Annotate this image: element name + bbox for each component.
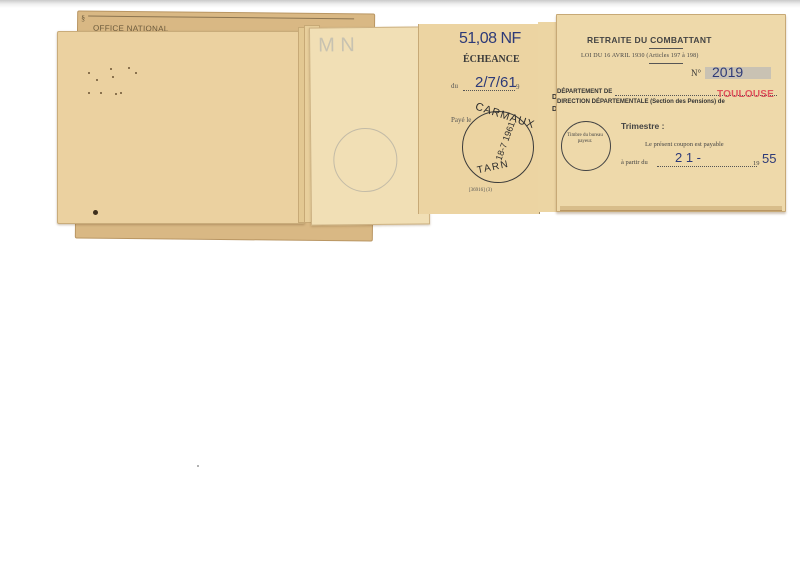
corner-ornament-icon: § [81, 13, 85, 22]
perforation-dot [110, 68, 112, 70]
scanner-edge-shadow [0, 0, 800, 8]
cover-border-rule [88, 16, 354, 20]
coupon-title: RETRAITE DU COMBATTANT [587, 35, 712, 45]
du-label: du [451, 82, 458, 90]
perforation-dot [100, 92, 102, 94]
binding-hole [93, 210, 98, 215]
handwritten-due-date: 2/7/61 [475, 74, 517, 91]
payable-date-dotted-line [657, 166, 757, 167]
payable-year: 55 [762, 151, 776, 166]
perforation-dot [128, 67, 130, 69]
pension-coupon: RETRAITE DU COMBATTANT LOI DU 16 AVRIL 1… [556, 14, 786, 212]
coupon-stack-edge [560, 206, 782, 211]
perforation-dot [96, 79, 98, 81]
form-reference: [36916] (3) [469, 188, 492, 193]
payable-text: Le présent coupon est payable [645, 141, 724, 148]
bleed-through-page: M N [309, 26, 430, 225]
echeance-stub: 51,08 NF ÉCHEANCE du 2/7/61 9 Payé le CA… [418, 24, 540, 214]
perforation-dot [115, 93, 117, 95]
direction-label: DIRECTION DÉPARTEMENTALE (Section des Pe… [557, 99, 725, 105]
perforation-dot [112, 76, 114, 78]
payer-stamp-text: Timbre du bureau payeur. [563, 133, 607, 145]
perforation-dot [88, 72, 90, 74]
scan-speck [197, 465, 199, 467]
faint-handwriting: M N [318, 34, 355, 57]
payer-stamp-circle [561, 121, 611, 171]
law-reference: LOI DU 16 AVRIL 1930 (Articles 197 à 198… [581, 53, 699, 59]
year-prefix: 19 [753, 160, 760, 167]
payable-date: 2 1 - [675, 150, 701, 165]
department-label: DÉPARTEMENT DE [557, 89, 612, 95]
trimestre-label: Trimestre : [621, 121, 664, 131]
echeance-heading: ÉCHEANCE [463, 54, 520, 65]
faint-postmark [333, 128, 398, 193]
number-label: N° [691, 68, 701, 78]
due-date-suffix: 9 [516, 83, 520, 91]
perforation-dot [120, 92, 122, 94]
law-rule [649, 63, 683, 64]
perforation-dot [135, 72, 137, 74]
coupon-number: 2019 [712, 64, 743, 80]
title-rule [649, 48, 683, 49]
underlying-coupon-edge: DE DI [538, 22, 558, 212]
perforation-dot [88, 92, 90, 94]
handwritten-amount: 51,08 NF [459, 30, 521, 48]
a-partir-label: à partir du [621, 159, 648, 166]
city-stamp: TOULOUSE [717, 89, 774, 100]
booklet-front-card [57, 31, 305, 224]
paye-label: Payé le [451, 116, 471, 124]
